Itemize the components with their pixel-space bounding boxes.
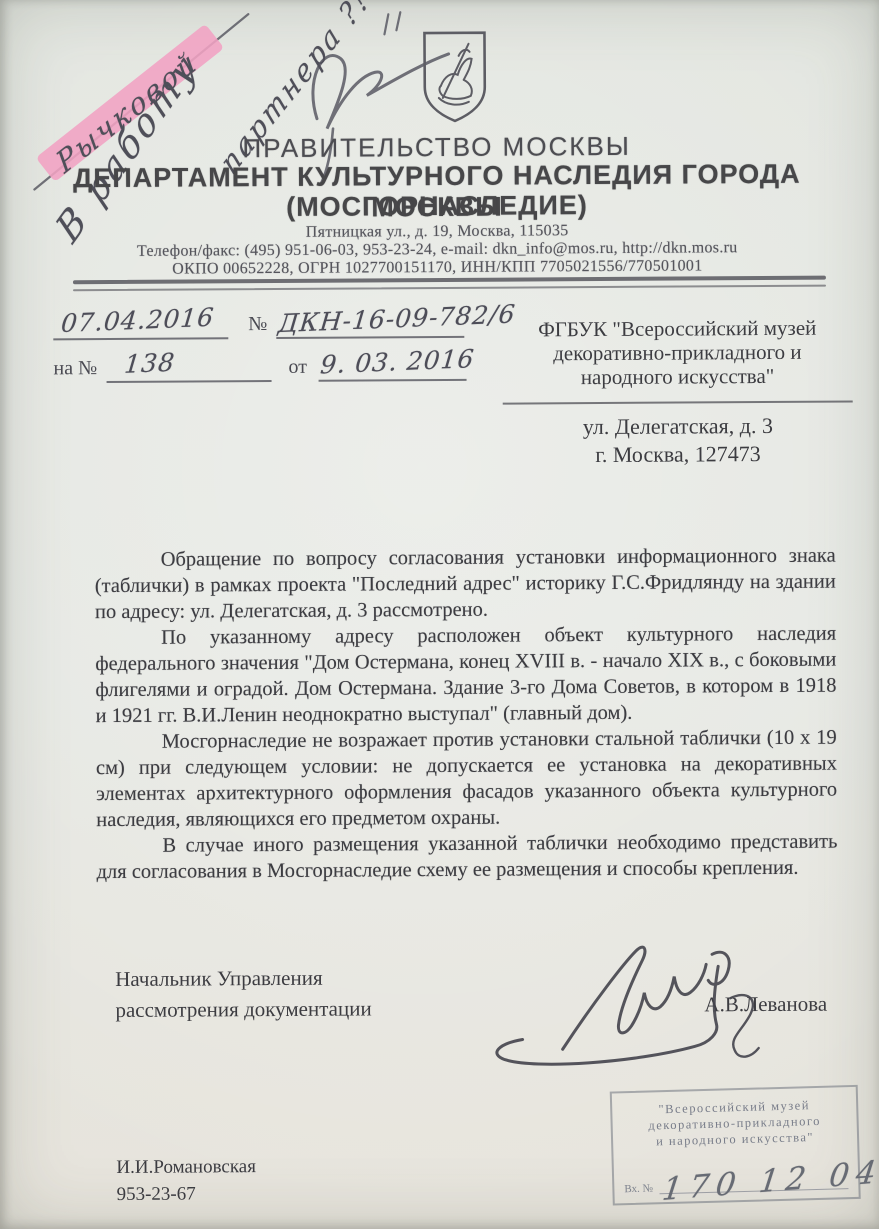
recipient-block: ФГБУК "Всероссийский музей декоративно-п…	[496, 315, 859, 469]
reply-label: на №	[53, 357, 97, 380]
recipient-name-line: народного искусства"	[496, 363, 858, 389]
letter-body: Обращение по вопросу согласования устано…	[95, 543, 838, 886]
recipient-address-line: г. Москва, 127473	[497, 439, 859, 469]
outgoing-date-field: 07.04.2016	[53, 303, 228, 340]
executor-block: И.И.Романовская 953-23-67	[116, 1153, 256, 1208]
department-subtitle: (МОСГОРНАСЛЕДИЕ)	[57, 189, 816, 225]
stamp-entry-value: 170 12 04 16	[660, 1148, 879, 1208]
recipient-address-line: ул. Делегатская, д. 3	[497, 411, 859, 441]
from-label: от	[288, 356, 307, 379]
incoming-stamp: "Всероссийский музей декоративно-приклад…	[610, 1085, 861, 1206]
recipient-divider	[503, 400, 853, 404]
handwritten-signature	[474, 940, 775, 1077]
executor-phone: 953-23-67	[116, 1180, 256, 1208]
paragraph-2: По указанному адресу расположен объект к…	[95, 621, 837, 730]
signer-title: Начальник Управления рассмотрения докуме…	[115, 962, 372, 1026]
recipient-name-line: ФГБУК "Всероссийский музей	[496, 315, 858, 341]
signer-title-line: рассмотрения документации	[115, 993, 371, 1026]
executor-name: И.И.Романовская	[116, 1153, 256, 1181]
paragraph-4: В случае иного размещения указанной табл…	[96, 829, 837, 886]
reply-date-value: 9. 03. 2016	[319, 344, 476, 379]
outgoing-number-field: ДКН-16-09-782/6	[276, 302, 464, 339]
moscow-coat-of-arms-icon	[420, 30, 489, 124]
signer-title-line: Начальник Управления	[115, 962, 371, 995]
number-label: №	[248, 313, 267, 336]
paragraph-3: Мосгорнаследие не возражает против устан…	[96, 725, 838, 834]
scanned-letter-page: Рычковой В работу партнера ?! ПРАВИТЕЛЬС…	[0, 0, 879, 1229]
outgoing-date-value: 07.04.2016	[60, 303, 216, 338]
reply-number-value: 138	[123, 348, 177, 379]
outgoing-number-value: ДКН-16-09-782/6	[277, 299, 517, 338]
paragraph-1: Обращение по вопросу согласования устано…	[95, 543, 836, 626]
reply-date-field: 9. 03. 2016	[318, 345, 466, 382]
reply-number-field: 138	[106, 346, 271, 383]
stamp-entry-label: Вх. №	[624, 1182, 653, 1195]
recipient-name-line: декоративно-прикладного и	[496, 339, 858, 365]
